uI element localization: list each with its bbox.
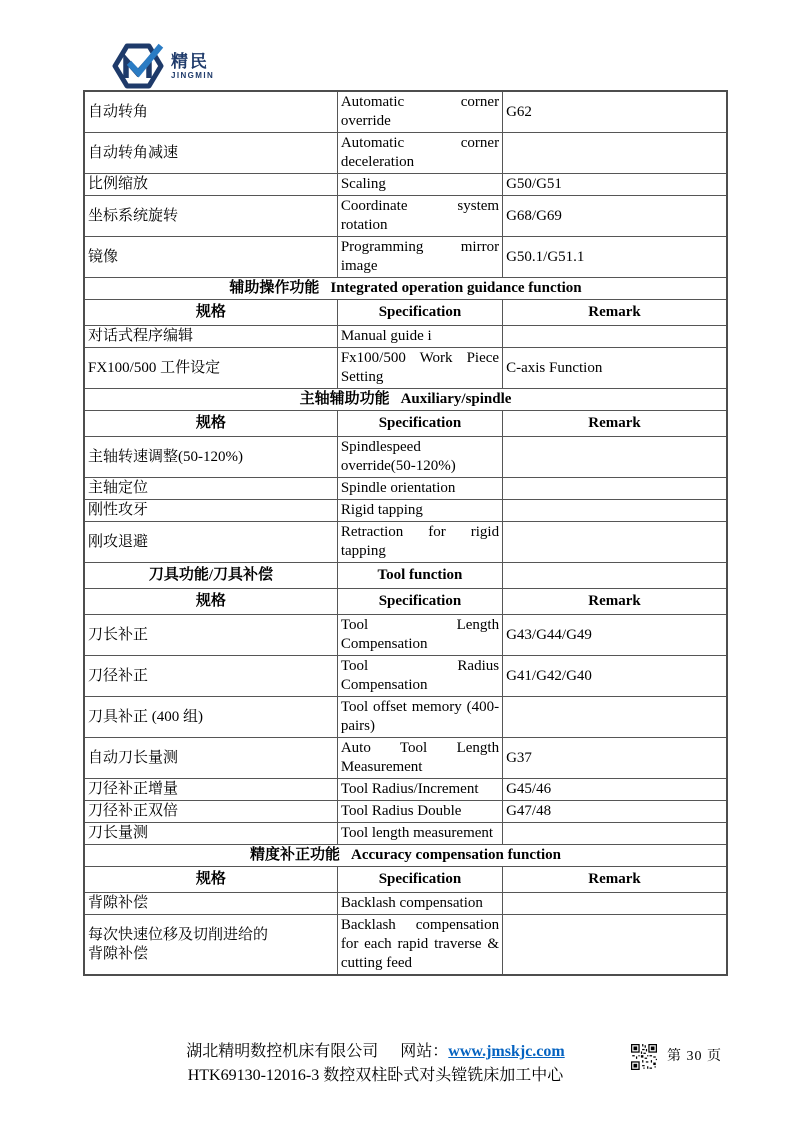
spec-row: 刀径补正增量Tool Radius/IncrementG45/46: [84, 779, 727, 801]
spec-row: 刀径补正Tool Radius CompensationG41/G42/G40: [84, 656, 727, 697]
spec-name-cell: 刚攻退避: [84, 522, 337, 563]
specification-cell: Automatic corner deceleration: [337, 133, 502, 174]
remark-cell: [503, 437, 727, 478]
spec-name-cell: 规格: [84, 867, 337, 893]
remark-cell: Remark: [503, 589, 727, 615]
spec-row: 刚性攻牙Rigid tapping: [84, 500, 727, 522]
section-title-en: Accuracy compensation function: [351, 847, 561, 863]
spec-name-cell: 主轴转速调整(50-120%): [84, 437, 337, 478]
specification-table: 自动转角Automatic corner overrideG62自动转角减速Au…: [83, 90, 728, 976]
footer-model-line: HTK69130-12016-3 数控双柱卧式对头镗铣床加工中心: [83, 1064, 668, 1088]
remark-cell: G62: [503, 91, 727, 133]
logo-wordmark: 精民 JINGMIN: [171, 53, 214, 80]
spec-row: 刀长量测Tool length measurement: [84, 823, 727, 845]
specification-cell: Specification: [337, 589, 502, 615]
spec-name-cell: 刀径补正增量: [84, 779, 337, 801]
spec-name-cell: 镜像: [84, 237, 337, 278]
remark-cell: G45/46: [503, 779, 727, 801]
specification-cell: Tool Radius Compensation: [337, 656, 502, 697]
logo-text-en: JINGMIN: [171, 72, 214, 80]
company-logo: 精民 JINGMIN: [110, 42, 214, 90]
spec-name-cell: 坐标系统旋转: [84, 196, 337, 237]
qr-code-icon: [631, 1044, 657, 1070]
section-title-cn: 辅助操作功能: [229, 280, 319, 296]
remark-cell: Remark: [503, 300, 727, 326]
specification-cell: Spindle orientation: [337, 478, 502, 500]
remark-cell: [503, 823, 727, 845]
section-title-en: Auxiliary/spindle: [401, 391, 512, 407]
spec-row: 刀具补正 (400 组)Tool offset memory (400-pair…: [84, 697, 727, 738]
specification-cell: Retraction for rigid tapping: [337, 522, 502, 563]
specification-cell: Auto Tool Length Measurement: [337, 738, 502, 779]
logo-text-cn: 精民: [171, 53, 214, 70]
remark-cell: [503, 697, 727, 738]
spec-name-cell: 背隙补偿: [84, 893, 337, 915]
remark-cell: G37: [503, 738, 727, 779]
spec-row: 刀长补正Tool Length CompensationG43/G44/G49: [84, 615, 727, 656]
spec-name-cell: 比例缩放: [84, 174, 337, 196]
specification-cell: Tool Length Compensation: [337, 615, 502, 656]
specification-cell: Specification: [337, 867, 502, 893]
spec-row: 自动转角Automatic corner overrideG62: [84, 91, 727, 133]
specification-cell: Programming mirror image: [337, 237, 502, 278]
remark-cell: G41/G42/G40: [503, 656, 727, 697]
specification-cell: Specification: [337, 411, 502, 437]
page-number: 第 30 页: [667, 1045, 722, 1069]
remark-cell: G47/48: [503, 801, 727, 823]
remark-cell: G68/G69: [503, 196, 727, 237]
remark-cell: [503, 893, 727, 915]
spec-name-cell: 刀长补正: [84, 615, 337, 656]
specification-cell: Manual guide i: [337, 326, 502, 348]
remark-cell: Remark: [503, 411, 727, 437]
remark-cell: [503, 522, 727, 563]
section-title: 辅助操作功能Integrated operation guidance func…: [84, 278, 727, 300]
section-header-row: 精度补正功能Accuracy compensation function: [84, 845, 727, 867]
spec-name-cell: 刀具补正 (400 组): [84, 697, 337, 738]
spec-row: 对话式程序编辑Manual guide i: [84, 326, 727, 348]
spec-row: 刚攻退避Retraction for rigid tapping: [84, 522, 727, 563]
machine-model: HTK69130-12016-3 数控双柱卧式对头镗铣床加工中心: [188, 1067, 564, 1084]
specification-cell: Specification: [337, 300, 502, 326]
logo-mark-icon: [110, 42, 166, 90]
spec-name-cell: 自动转角减速: [84, 133, 337, 174]
spec-name-cell: 主轴定位: [84, 478, 337, 500]
remark-cell: [503, 915, 727, 976]
spec-name-cell: FX100/500 工件设定: [84, 348, 337, 389]
spec-name-cell: 刀径补正双倍: [84, 801, 337, 823]
section-header-row: 主轴辅助功能Auxiliary/spindle: [84, 389, 727, 411]
specification-cell: Backlash compensation: [337, 893, 502, 915]
spec-name-cell: 对话式程序编辑: [84, 326, 337, 348]
website-link[interactable]: www.jmskjc.com: [448, 1043, 564, 1060]
footer-company-line: 湖北精明数控机床有限公司网站：www.jmskjc.com: [83, 1040, 668, 1064]
section-title: 精度补正功能Accuracy compensation function: [84, 845, 727, 867]
company-name: 湖北精明数控机床有限公司: [186, 1043, 378, 1060]
remark-cell: [503, 563, 727, 589]
spec-name-cell: 刀具功能/刀具补偿: [84, 563, 337, 589]
spec-row: 主轴转速调整(50-120%)Spindlespeed override(50-…: [84, 437, 727, 478]
section-title-en: Integrated operation guidance function: [330, 280, 581, 296]
remark-cell: G50/G51: [503, 174, 727, 196]
spec-name-cell: 每次快速位移及切削进给的 背隙补偿: [84, 915, 337, 976]
spec-row: 刀径补正双倍Tool Radius DoubleG47/48: [84, 801, 727, 823]
remark-cell: [503, 133, 727, 174]
section-title-cn: 精度补正功能: [250, 847, 340, 863]
remark-cell: Remark: [503, 867, 727, 893]
specification-cell: Tool function: [337, 563, 502, 589]
specification-cell: Backlash compensation for each rapid tra…: [337, 915, 502, 976]
spec-row: 比例缩放ScalingG50/G51: [84, 174, 727, 196]
spec-row: 背隙补偿Backlash compensation: [84, 893, 727, 915]
specification-cell: Coordinate system rotation: [337, 196, 502, 237]
website-label: 网站：: [400, 1043, 448, 1060]
spec-name-cell: 自动刀长量测: [84, 738, 337, 779]
specification-cell: Tool length measurement: [337, 823, 502, 845]
spec-row: 镜像Programming mirror imageG50.1/G51.1: [84, 237, 727, 278]
section-title-cn: 主轴辅助功能: [300, 391, 390, 407]
column-header-row: 规格SpecificationRemark: [84, 589, 727, 615]
group-title-row: 刀具功能/刀具补偿Tool function: [84, 563, 727, 589]
remark-cell: G50.1/G51.1: [503, 237, 727, 278]
spec-name-cell: 自动转角: [84, 91, 337, 133]
spec-name-cell: 刚性攻牙: [84, 500, 337, 522]
specification-cell: Tool Radius Double: [337, 801, 502, 823]
remark-cell: G43/G44/G49: [503, 615, 727, 656]
specification-cell: Fx100/500 Work Piece Setting: [337, 348, 502, 389]
footer-right: 第 30 页: [631, 1044, 722, 1070]
remark-cell: [503, 326, 727, 348]
spec-row: 主轴定位Spindle orientation: [84, 478, 727, 500]
remark-cell: [503, 478, 727, 500]
remark-cell: C-axis Function: [503, 348, 727, 389]
specification-cell: Spindlespeed override(50-120%): [337, 437, 502, 478]
column-header-row: 规格SpecificationRemark: [84, 411, 727, 437]
spec-name-cell: 刀径补正: [84, 656, 337, 697]
spec-row: 自动转角减速Automatic corner deceleration: [84, 133, 727, 174]
spec-name-cell: 规格: [84, 589, 337, 615]
column-header-row: 规格SpecificationRemark: [84, 867, 727, 893]
page-footer: 湖北精明数控机床有限公司网站：www.jmskjc.com HTK69130-1…: [83, 1040, 728, 1088]
column-header-row: 规格SpecificationRemark: [84, 300, 727, 326]
remark-cell: [503, 500, 727, 522]
section-header-row: 辅助操作功能Integrated operation guidance func…: [84, 278, 727, 300]
spec-name-cell: 规格: [84, 300, 337, 326]
spec-name-cell: 规格: [84, 411, 337, 437]
spec-row: 每次快速位移及切削进给的 背隙补偿Backlash compensation f…: [84, 915, 727, 976]
spec-row: FX100/500 工件设定Fx100/500 Work Piece Setti…: [84, 348, 727, 389]
spec-table-body: 自动转角Automatic corner overrideG62自动转角减速Au…: [84, 91, 727, 975]
spec-name-cell: 刀长量测: [84, 823, 337, 845]
specification-cell: Automatic corner override: [337, 91, 502, 133]
specification-cell: Scaling: [337, 174, 502, 196]
specification-cell: Tool offset memory (400-pairs): [337, 697, 502, 738]
specification-cell: Rigid tapping: [337, 500, 502, 522]
spec-row: 自动刀长量测Auto Tool Length MeasurementG37: [84, 738, 727, 779]
specification-cell: Tool Radius/Increment: [337, 779, 502, 801]
document-page: 精民 JINGMIN 自动转角Automatic corner override…: [0, 0, 800, 1131]
section-title: 主轴辅助功能Auxiliary/spindle: [84, 389, 727, 411]
spec-row: 坐标系统旋转Coordinate system rotationG68/G69: [84, 196, 727, 237]
